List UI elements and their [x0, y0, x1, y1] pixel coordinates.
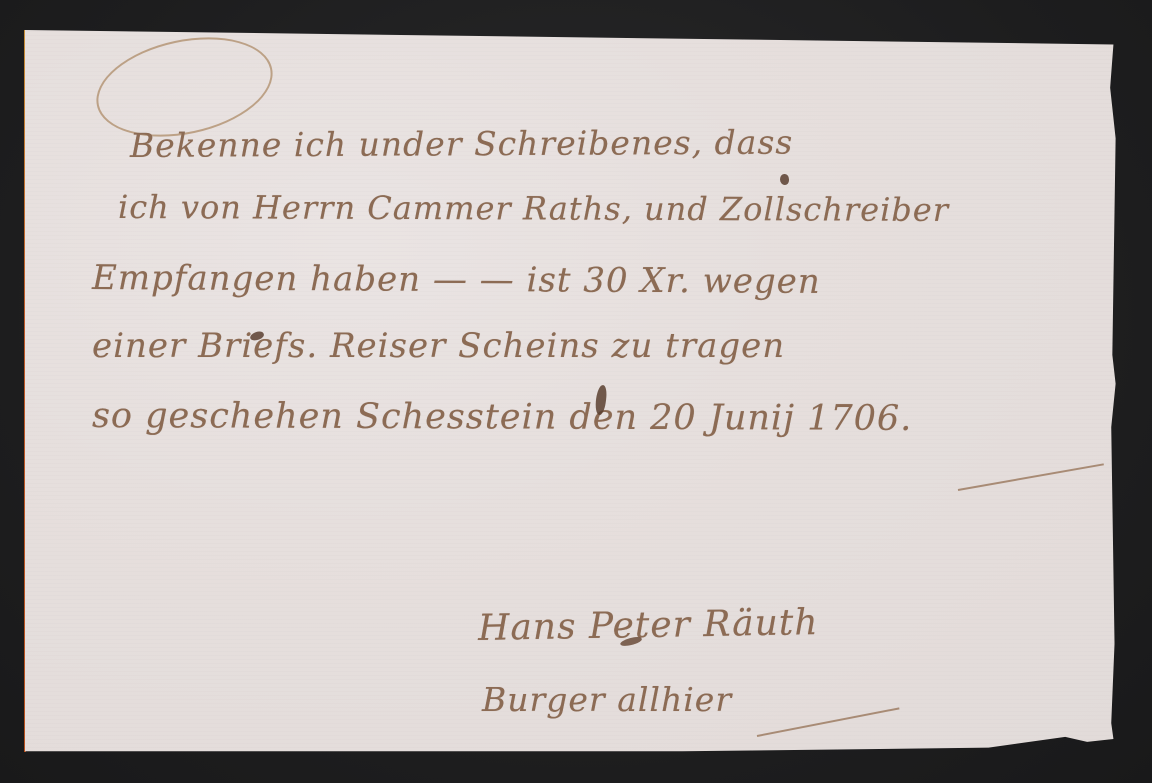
body-line-4: einer Briefs. Reiser Scheins zu tragen: [92, 326, 785, 366]
body-line-3: Empfangen haben — — ist 30 Xr. wegen: [92, 258, 821, 302]
scan-background: Bekenne ich under Schreibenes, dass ich …: [0, 0, 1152, 783]
ink-blot: [780, 174, 789, 185]
body-line-5: so geschehen Schesstein den 20 Junij 170…: [92, 396, 912, 439]
signature-title: Burger allhier: [482, 680, 732, 719]
signature-name: Hans Peter Räuth: [478, 602, 819, 649]
body-line-1: Bekenne ich under Schreibenes, dass: [130, 123, 793, 165]
body-line-2: ich von Herrn Cammer Raths, und Zollschr…: [118, 188, 949, 229]
